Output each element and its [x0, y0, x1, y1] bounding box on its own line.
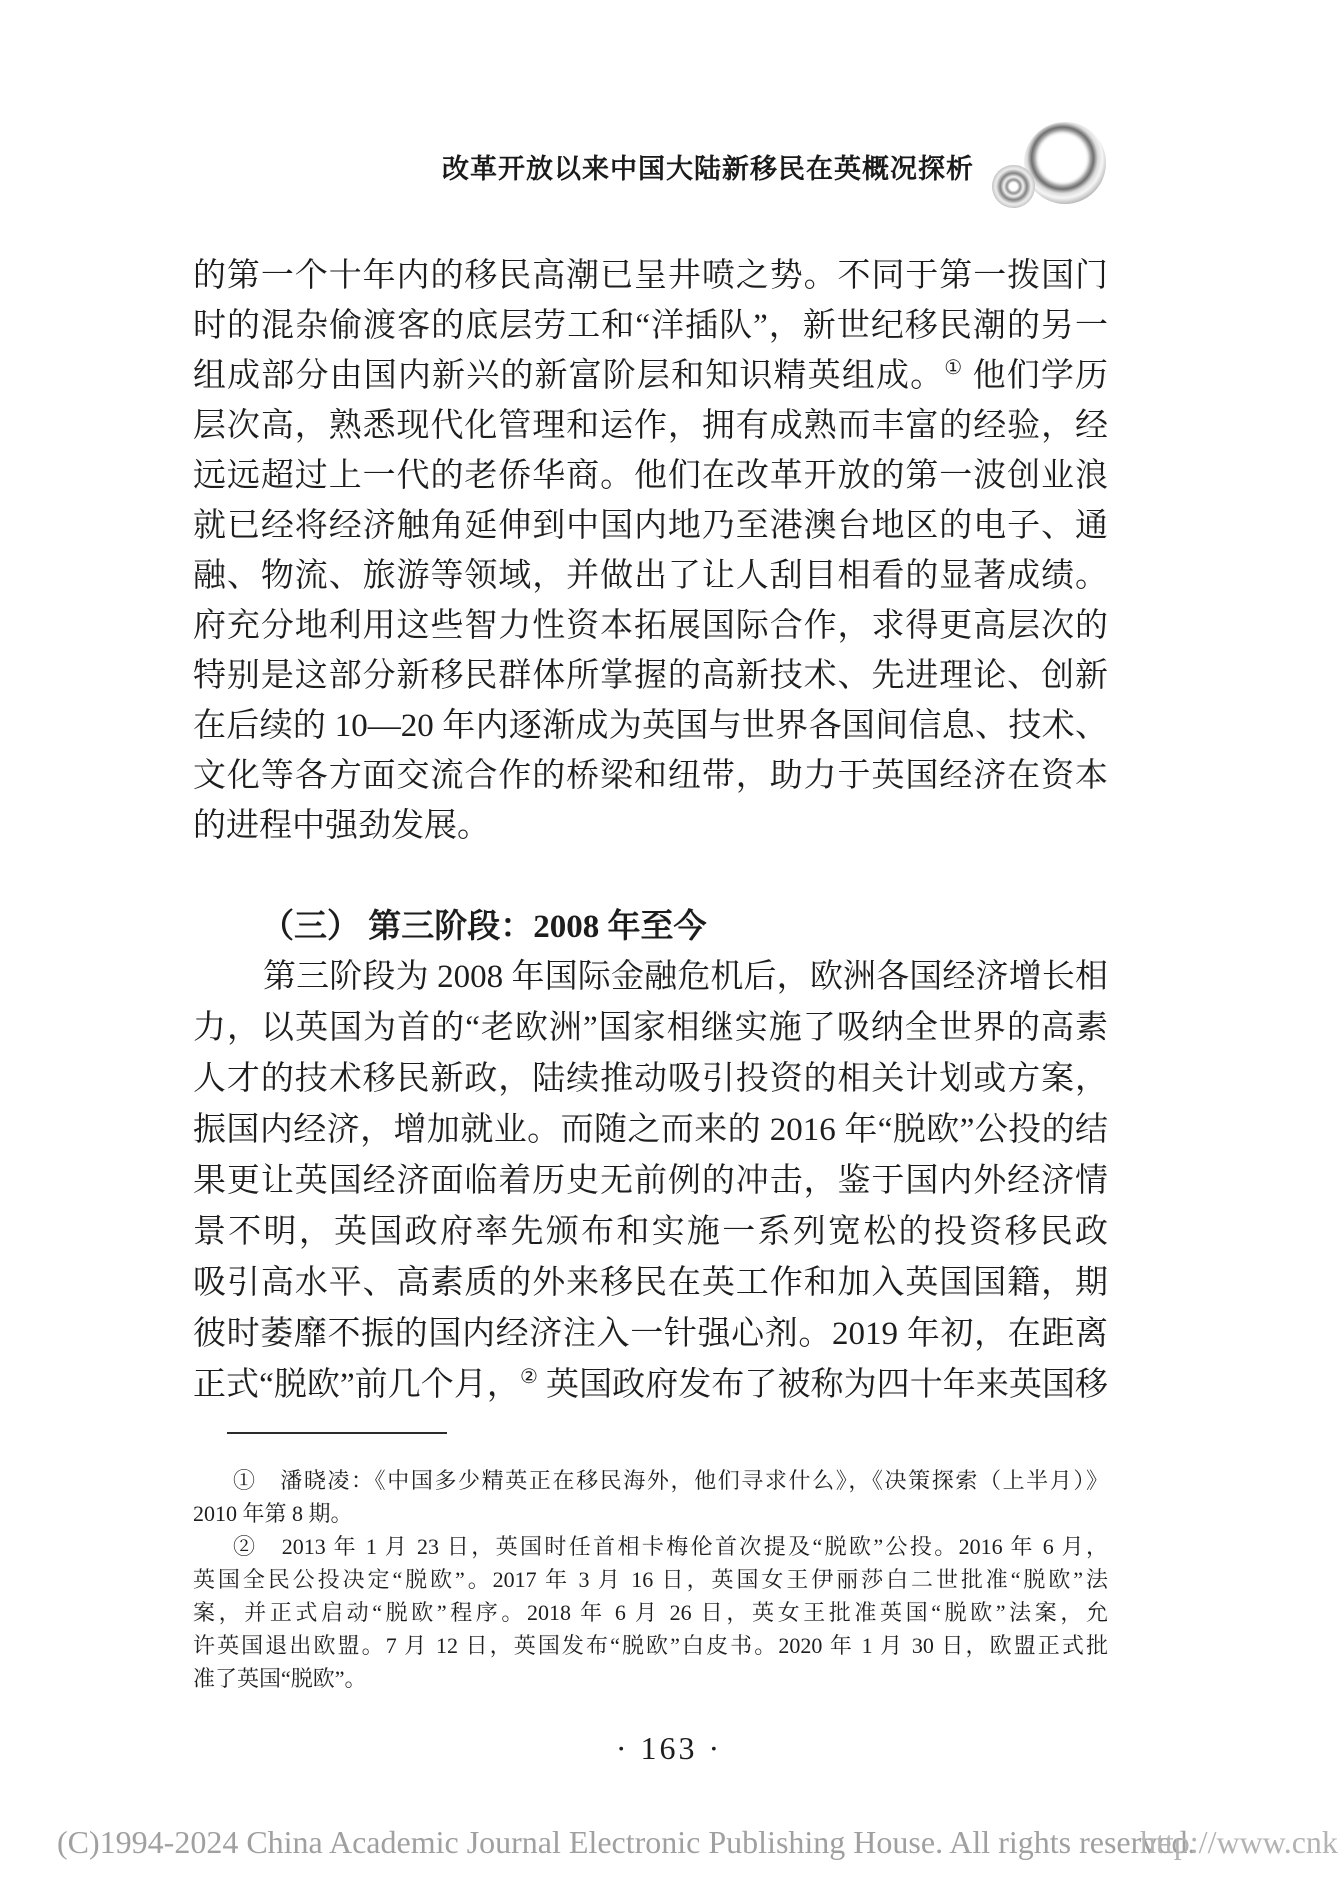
- large-ring-icon: [1024, 122, 1106, 204]
- footnote-2: ② 2013 年 1 月 23 日，英国时任首相卡梅伦首次提及“脱欧”公投。20…: [193, 1530, 1108, 1695]
- footer-copyright: (C)1994-2024 China Academic Journal Elec…: [57, 1824, 1195, 1861]
- body-line: 吸引高水平、高素质的外来移民在英工作和加入英国国籍，期望为: [193, 1258, 1108, 1309]
- body-line: 彼时萎靡不振的国内经济注入一针强心剂。2019 年初，在距离英国: [193, 1309, 1108, 1360]
- footnote-1: ① 潘晓凌：《中国多少精英正在移民海外，他们寻求什么》，《决策探索（上半月）》2…: [193, 1464, 1108, 1530]
- body-line: 的进程中强劲发展。: [193, 801, 1108, 851]
- small-ring-icon: [992, 165, 1035, 208]
- body-line: 层次高，熟悉现代化管理和运作，拥有成熟而丰富的经验，经营水平: [193, 401, 1108, 451]
- footnote-line: 英国全民公投决定“脱欧”。2017 年 3 月 16 日，英国女王伊丽莎白二世批…: [193, 1563, 1108, 1596]
- body-line: 景不明，英国政府率先颁布和实施一系列宽松的投资移民政策，以: [193, 1207, 1108, 1258]
- body-line: 人才的技术移民新政，陆续推动吸引投资的相关计划或方案，以提: [193, 1054, 1108, 1105]
- body-line: 正式“脱欧”前几个月，② 英国政府发布了被称为四十年来英国移: [193, 1360, 1108, 1411]
- body-line: 第三阶段为 2008 年国际金融危机后，欧洲各国经济增长相当乏: [193, 952, 1108, 1003]
- body-paragraph-1: 的第一个十年内的移民高潮已呈井喷之势。不同于第一拨国门初启之时的混杂偷渡客的底层…: [193, 251, 1108, 851]
- footer-url: http://www.cnki.: [1140, 1824, 1338, 1861]
- footnote-line: 准了英国“脱欧”。: [193, 1662, 1108, 1695]
- journal-logo: [992, 120, 1108, 212]
- body-line: 府充分地利用这些智力性资本拓展国际合作，求得更高层次的发展，: [193, 601, 1108, 651]
- body-line: 力，以英国为首的“老欧洲”国家相继实施了吸纳全世界的高素质: [193, 1003, 1108, 1054]
- footnote-line: 许英国退出欧盟。7 月 12 日，英国发布“脱欧”白皮书。2020 年 1 月 …: [193, 1629, 1108, 1662]
- footnote-line: ① 潘晓凌：《中国多少精英正在移民海外，他们寻求什么》，《决策探索（上半月）》: [193, 1464, 1108, 1497]
- body-paragraph-2: 第三阶段为 2008 年国际金融危机后，欧洲各国经济增长相当乏力，以英国为首的“…: [193, 952, 1108, 1411]
- body-line: 的第一个十年内的移民高潮已呈井喷之势。不同于第一拨国门初启之: [193, 251, 1108, 301]
- footnote-line: ② 2013 年 1 月 23 日，英国时任首相卡梅伦首次提及“脱欧”公投。20…: [193, 1530, 1108, 1563]
- body-line: 文化等各方面交流合作的桥梁和纽带，助力于英国经济在资本全球化: [193, 751, 1108, 801]
- body-line: 果更让英国经济面临着历史无前例的冲击，鉴于国内外经济情势前: [193, 1156, 1108, 1207]
- footnote-line: 2010 年第 8 期。: [193, 1497, 1108, 1530]
- running-title: 改革开放以来中国大陆新移民在英概况探析: [442, 147, 974, 186]
- body-line: 时的混杂偷渡客的底层劳工和“洋插队”，新世纪移民潮的另一重要: [193, 301, 1108, 351]
- body-line: 振国内经济，增加就业。而随之而来的 2016 年“脱欧”公投的结: [193, 1105, 1108, 1156]
- page-header: 改革开放以来中国大陆新移民在英概况探析: [193, 118, 1108, 214]
- body-line: 就已经将经济触角延伸到中国内地乃至港澳台地区的电子、通信、金: [193, 501, 1108, 551]
- body-line: 在后续的 10—20 年内逐渐成为英国与世界各国间信息、技术、市场、: [193, 701, 1108, 751]
- body-line: 远远超过上一代的老侨华商。他们在改革开放的第一波创业浪潮中，: [193, 451, 1108, 501]
- body-line: 融、物流、旅游等领域，并做出了让人刮目相看的显著成绩。英国政: [193, 551, 1108, 601]
- journal-page: 改革开放以来中国大陆新移民在英概况探析 的第一个十年内的移民高潮已呈井喷之势。不…: [0, 0, 1338, 1890]
- footnote-separator: [227, 1432, 447, 1434]
- body-line: 特别是这部分新移民群体所掌握的高新技术、先进理论、创新技能，: [193, 651, 1108, 701]
- footnote-line: 案，并正式启动“脱欧”程序。2018 年 6 月 26 日，英女王批准英国“脱欧…: [193, 1596, 1108, 1629]
- body-line: 组成部分由国内新兴的新富阶层和知识精英组成。① 他们学历和知识: [193, 351, 1108, 401]
- section-heading: （三） 第三阶段：2008 年至今: [193, 903, 1108, 951]
- page-number: · 163 ·: [0, 1730, 1338, 1767]
